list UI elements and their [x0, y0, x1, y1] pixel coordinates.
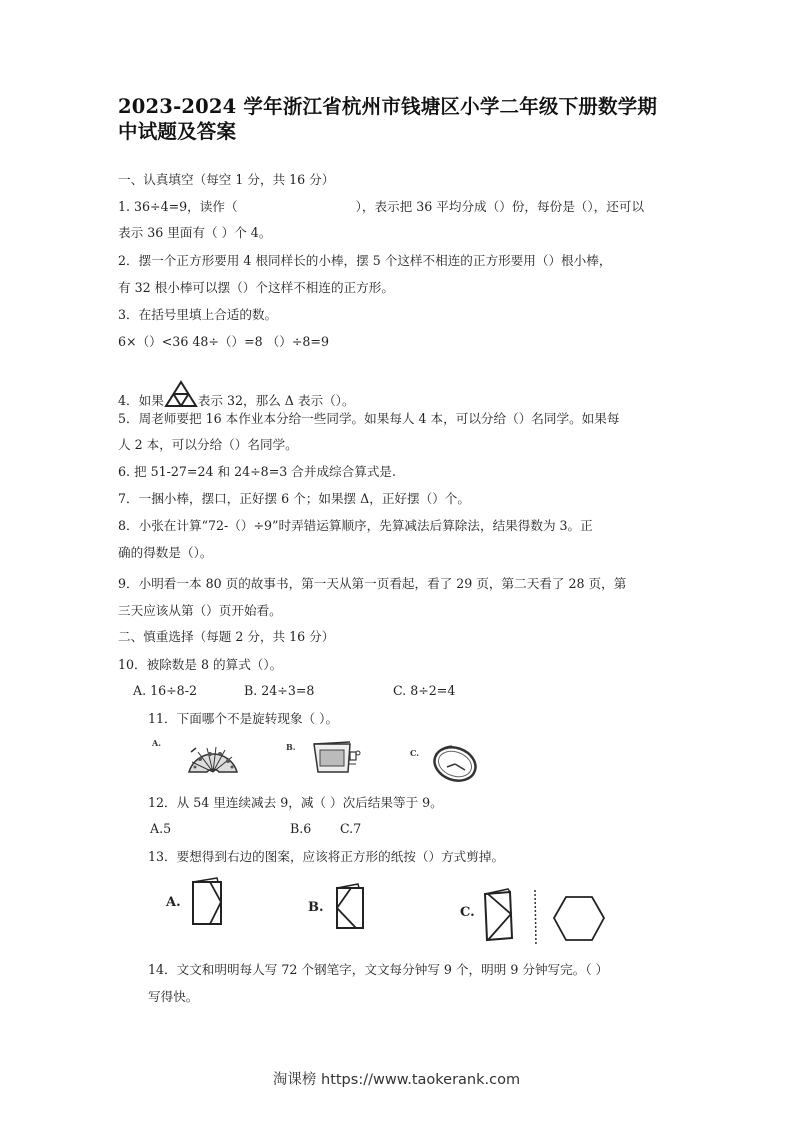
exam-page: 2023-2024 学年浙江省杭州市钱塘区小学二年级下册数学期 中试题及答案 一… [0, 0, 793, 1121]
title-line-1: 2023-2024 学年浙江省杭州市钱塘区小学二年级下册数学期 [118, 94, 678, 119]
q6-line: 6. 把 51-27=24 和 24÷8=3 合并成综合算式是. [118, 463, 396, 481]
q3-line1: 3．在括号里填上合适的数。 [118, 306, 277, 324]
drawer-box-icon [312, 738, 362, 781]
folded-paper-a-icon [190, 876, 224, 931]
q4-prefix: 4．如果 [118, 393, 164, 408]
q7-line: 7．一捆小棒，摆口，正好摆 6 个；如果摆 Δ，正好摆（）个。 [118, 490, 470, 508]
q2-line2: 有 32 根小棒可以摆（）个这样不相连的正方形。 [118, 279, 394, 297]
q8-line1: 8．小张在计算“72-（）÷9”时弄错运算顺序，先算减法后算除法，结果得数为 3… [118, 517, 593, 535]
q12-stem: 12．从 54 里连续减去 9，减（ ）次后结果等于 9。 [148, 794, 443, 812]
q8-line2: 确的得数是（）。 [118, 544, 212, 562]
watermark-footer: 淘课榜 https://www.taokerank.com [0, 1068, 793, 1089]
clock-icon [430, 742, 480, 787]
folded-paper-c-icon [482, 886, 516, 947]
q2-line1: 2．摆一个正方形要用 4 根同样长的小棒，摆 5 个这样不相连的正方形要用（）根… [118, 252, 611, 270]
q12-option-c: C.7 [340, 821, 361, 836]
folding-fan-icon [186, 742, 240, 781]
q1-text-b: ），表示把 36 平均分成（）份，每份是（），还可以 [356, 199, 645, 214]
q10-stem: 10．被除数是 8 的算式（）。 [118, 656, 282, 674]
q10-option-b: B. 24÷3=8 [244, 683, 314, 698]
q14-line1: 14．文文和明明每人写 72 个钢笔字，文文每分钟写 9 个，明明 9 分钟写完… [148, 961, 608, 979]
q3-line2: 6×（）<36 48÷（）=8 （）÷8=9 [118, 333, 329, 351]
document-title: 2023-2024 学年浙江省杭州市钱塘区小学二年级下册数学期 中试题及答案 [118, 94, 678, 144]
q1-text-a: 1. 36÷4=9，读作（ [118, 199, 238, 214]
triangle-figure-icon [164, 380, 198, 408]
q13-label-b: B. [308, 900, 324, 915]
q4-suffix: 表示 32，那么 Δ 表示（）。 [198, 393, 355, 408]
q11-label-b: B. [286, 742, 296, 752]
dotted-divider [532, 890, 538, 951]
folded-paper-b-icon [334, 882, 366, 937]
title-line-2: 中试题及答案 [118, 119, 678, 144]
q9-line2: 三天应该从第（）页开始看。 [118, 602, 282, 620]
q11-label-c: C. [410, 748, 419, 758]
q12-option-a: A.5 [150, 821, 171, 836]
q9-line1: 9．小明看一本 80 页的故事书，第一天从第一页看起，看了 29 页，第二天看了… [118, 575, 626, 593]
q5-line2: 人 2 本，可以分给（）名同学。 [118, 436, 298, 454]
section1-heading: 一、认真填空（每空 1 分，共 16 分） [118, 171, 334, 189]
q11-stem: 11．下面哪个不是旋转现象（ ）。 [148, 710, 338, 728]
q1-line2: 表示 36 里面有（ ）个 4。 [118, 224, 271, 242]
q11-label-a: A. [152, 738, 161, 748]
q14-line2: 写得快。 [148, 988, 198, 1006]
q5-line1: 5．周老师要把 16 本作业本分给一些同学。如果每人 4 本，可以分给（）名同学… [118, 410, 619, 428]
q13-stem: 13．要想得到右边的图案，应该将正方形的纸按（）方式剪掉。 [148, 848, 504, 866]
hexagon-icon [552, 894, 606, 949]
section2-heading: 二、慎重选择（每题 2 分，共 16 分） [118, 628, 334, 646]
q13-label-c: C. [460, 905, 475, 920]
q4-line: 4．如果 表示 32，那么 Δ 表示（）。 [118, 380, 355, 410]
q1-line1: 1. 36÷4=9，读作（），表示把 36 平均分成（）份，每份是（），还可以 [118, 198, 644, 216]
q10-option-a: A. 16÷8-2 [133, 683, 197, 698]
q12-option-b: B.6 [290, 821, 311, 836]
q10-option-c: C. 8÷2=4 [393, 683, 455, 698]
q13-label-a: A. [166, 895, 181, 910]
